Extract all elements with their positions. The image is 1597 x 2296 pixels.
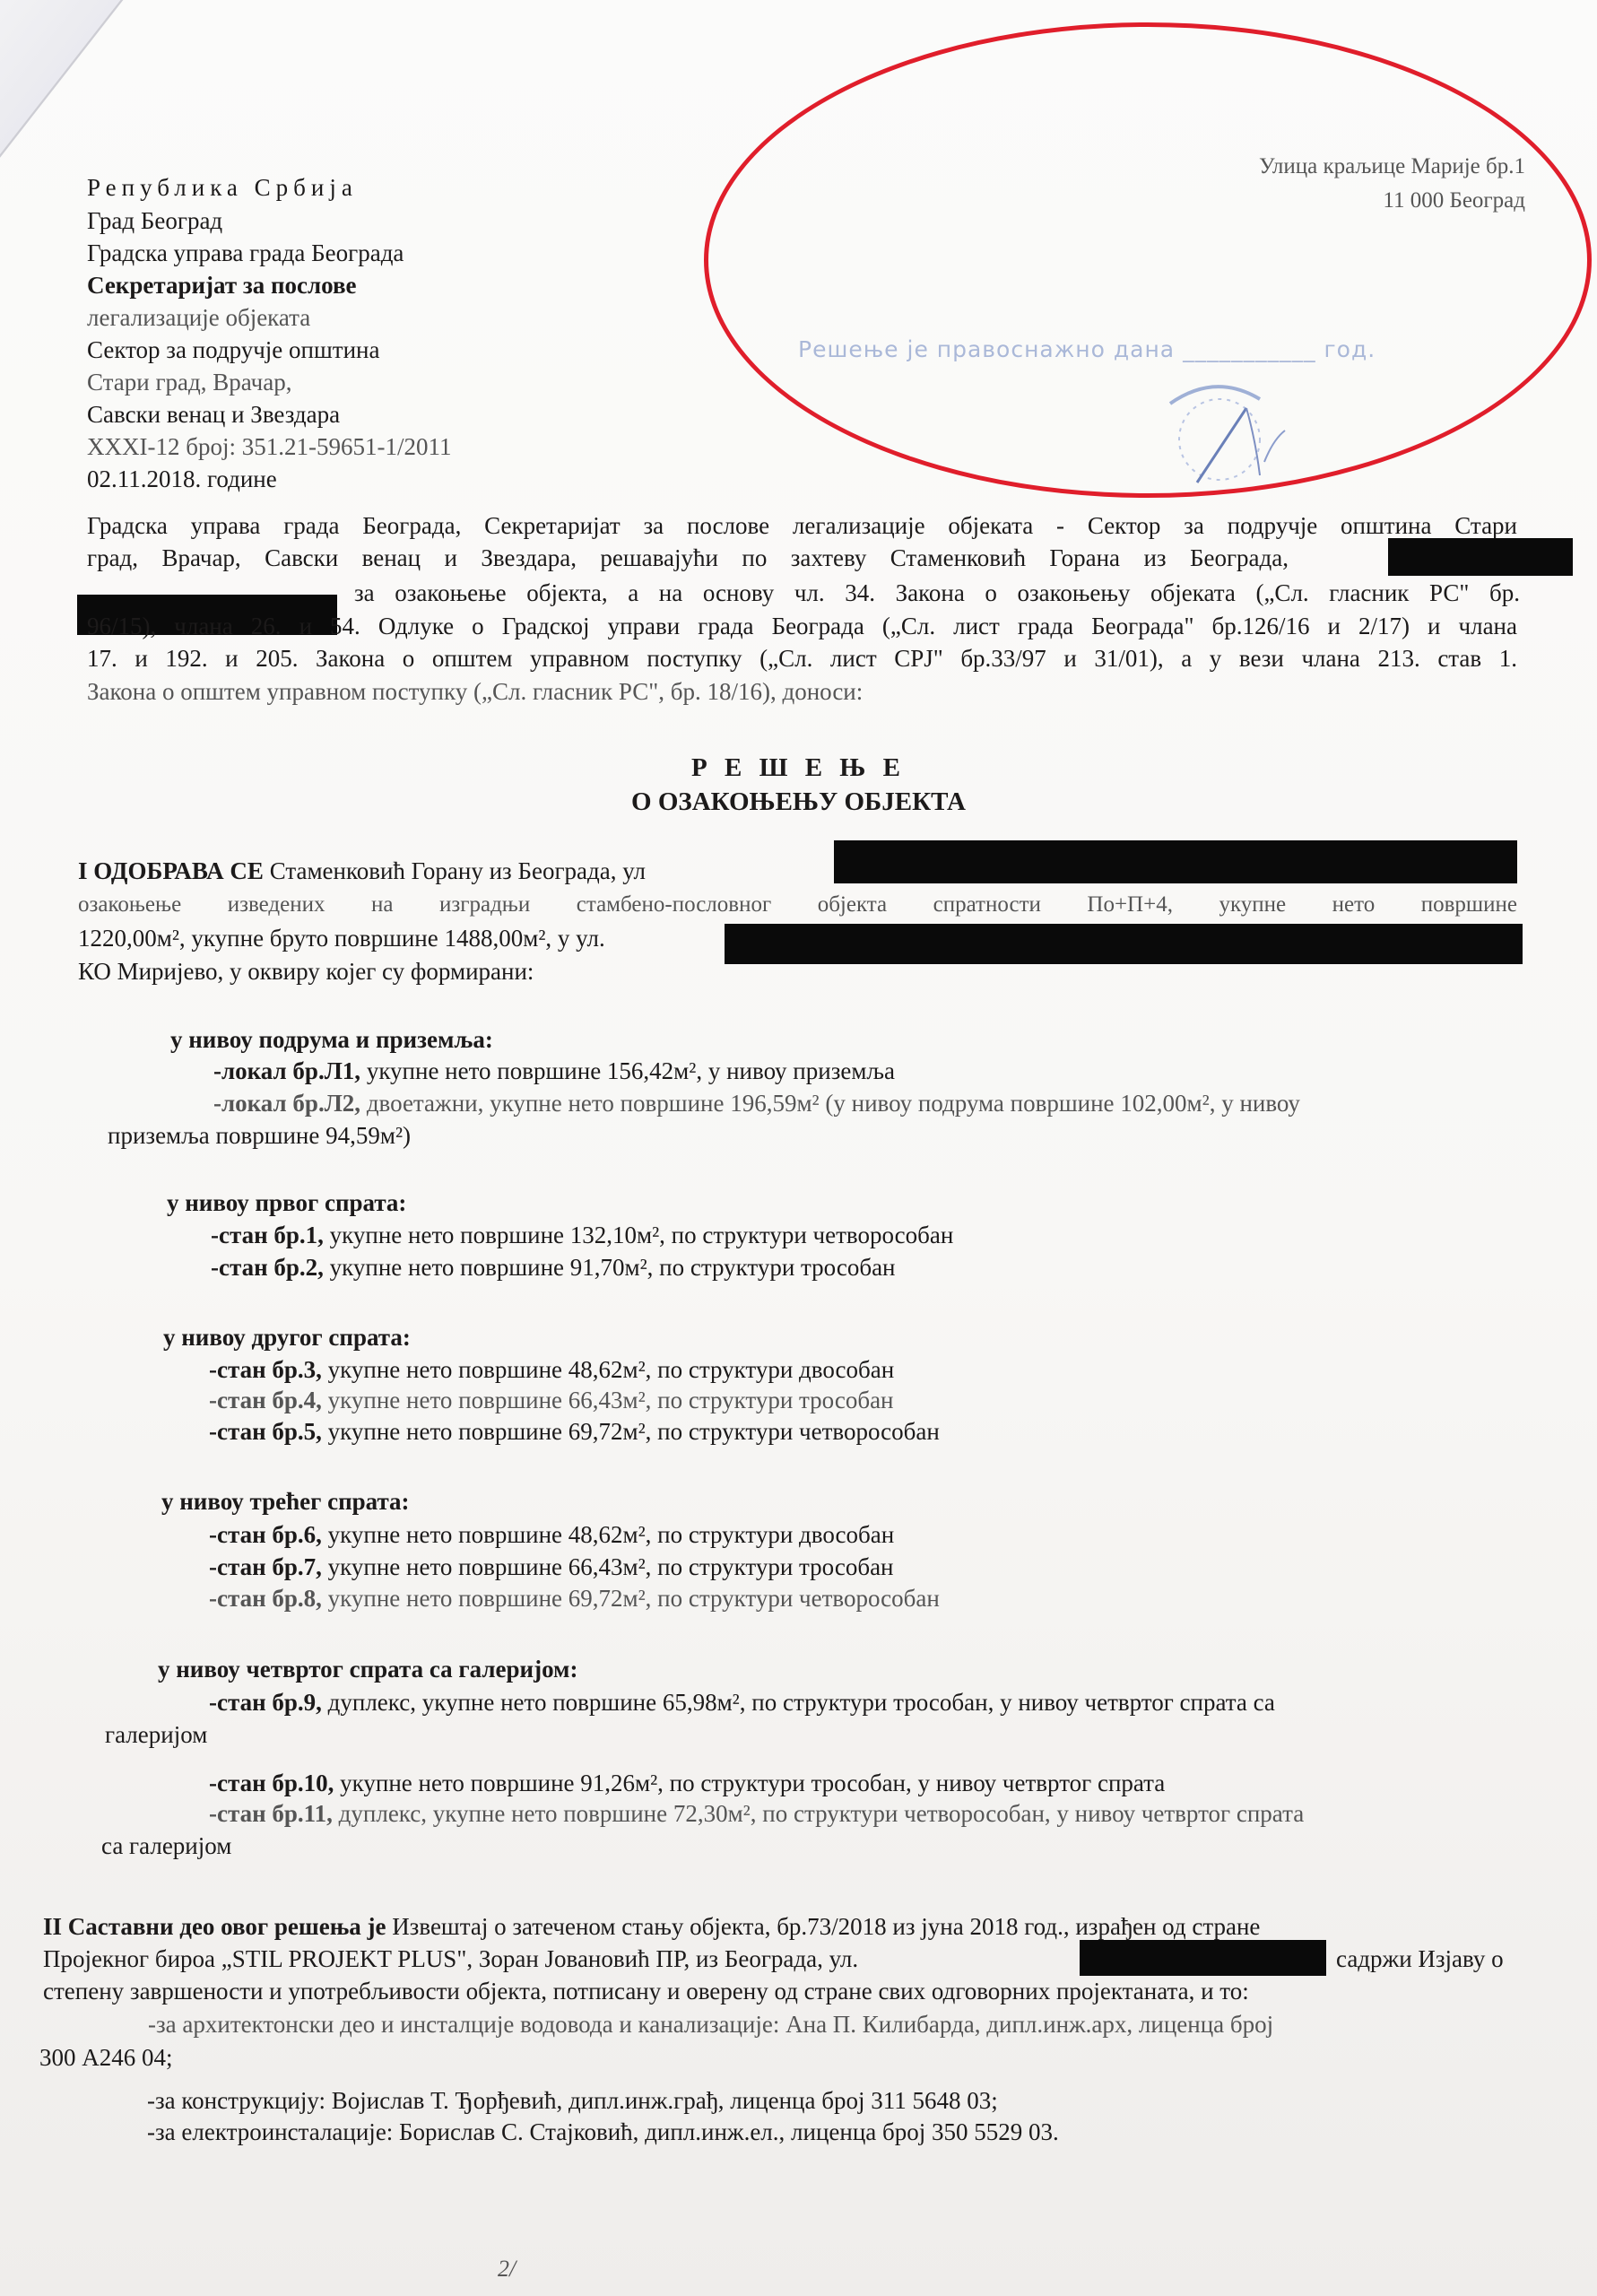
decision-subtitle: О ОЗАКОЊЕЊУ ОБЈЕКТА (0, 787, 1597, 817)
document-page: Република Србија Град Београд Градска уп… (0, 0, 1597, 2296)
unit-item: -стан бр.4, укупне нето површине 66,43м²… (209, 1386, 894, 1414)
unit-item: -локал бр.Л1, укупне нето површине 156,4… (213, 1057, 895, 1085)
page-mark: 2/ (498, 2256, 516, 2283)
unit-text: двоетажни, укупне нето површине 196,59м²… (360, 1090, 1300, 1117)
unit-label: -стан бр.4, (209, 1387, 322, 1413)
unit-label: -стан бр.3, (209, 1356, 322, 1383)
unit-item: -стан бр.7, укупне нето површине 66,43м²… (209, 1552, 894, 1581)
section-2-line-3: степену завршености и употребљивости обј… (43, 1977, 1249, 2005)
intro-line-5: 17. и 192. и 205. Закона о општем управн… (87, 644, 1517, 673)
designer-construction: -за конструкцију: Војислав Т. Ђорђевић, … (147, 2086, 998, 2115)
level-heading-second-floor: у нивоу другог спрата: (163, 1323, 411, 1352)
intro-line-6: Закона о општем управном поступку („Сл. … (87, 677, 863, 706)
header-line-secretariat: Секретаријат за послове (87, 271, 357, 300)
unit-label: -стан бр.10, (209, 1770, 334, 1796)
unit-item: -стан бр.6, укупне нето површине 48,62м²… (209, 1520, 894, 1549)
unit-item: -стан бр.10, укупне нето површине 91,26м… (209, 1769, 1165, 1797)
address-city: 11 000 Београд (1383, 188, 1525, 213)
unit-item: -стан бр.5, укупне нето површине 69,72м²… (209, 1417, 940, 1446)
redaction-box (725, 924, 1523, 964)
header-line-sector: Сектор за подручје општина (87, 335, 379, 364)
redaction-box (1388, 538, 1573, 576)
unit-label: -стан бр.7, (209, 1553, 322, 1580)
unit-item: -локал бр.Л2, двоетажни, укупне нето пов… (213, 1089, 1300, 1118)
finality-stamp-text: Решење је правоснажно дана ___________ г… (798, 336, 1376, 362)
section-1-lead-rest: Стаменковић Горану из Београда, ул (264, 857, 646, 884)
designer-electrical: -за електроинсталације: Борислав С. Стај… (147, 2118, 1059, 2146)
unit-text: укупне нето површине 132,10м², по структ… (324, 1222, 953, 1248)
section-2-line-1: II Саставни део овог решења је Извештај … (43, 1912, 1260, 1941)
section-2-line-2b: садржи Изјаву о (1336, 1944, 1504, 1973)
section-2-lead-rest: Извештај о затеченом стању објекта, бр.7… (386, 1913, 1260, 1940)
unit-label: -стан бр.8, (209, 1585, 322, 1612)
unit-text: укупне нето површине 66,43м², по структу… (322, 1553, 894, 1580)
official-seal-icon (1161, 377, 1287, 484)
section-1-line-4: КО Миријево, у оквиру којег су формирани… (78, 957, 534, 986)
unit-text: укупне нето површине 91,70м², по структу… (324, 1254, 896, 1281)
unit-item: -стан бр.1, укупне нето површине 132,10м… (211, 1221, 953, 1249)
unit-item: -стан бр.8, укупне нето површине 69,72м²… (209, 1584, 940, 1613)
unit-text: дуплекс, укупне нето површине 72,30м², п… (333, 1800, 1304, 1827)
unit-item-continuation: са галеријом (101, 1831, 231, 1860)
decision-title: Р Е Ш Е Њ Е (0, 753, 1597, 783)
header-line-municipalities-1: Стари град, Врачар, (87, 368, 292, 396)
section-1-line-2: озакоњење изведених на изградњи стамбено… (78, 891, 1517, 919)
section-1-lead-bold: I ОДОБРАВА СЕ (78, 857, 264, 884)
highlight-oval (704, 22, 1592, 498)
unit-text: укупне нето површине 91,26м², по структу… (334, 1770, 1165, 1796)
redaction-box (1080, 1940, 1326, 1976)
unit-item: -стан бр.11, дуплекс, укупне нето површи… (209, 1799, 1304, 1828)
unit-label: -стан бр.1, (211, 1222, 324, 1248)
section-1-lead: I ОДОБРАВА СЕ Стаменковић Горану из Беог… (78, 857, 646, 885)
document-date: 02.11.2018. године (87, 465, 277, 493)
level-heading-fourth-floor: у нивоу четвртог спрата са галеријом: (158, 1655, 577, 1683)
section-1-line-3: 1220,00м², укупне бруто површине 1488,00… (78, 924, 605, 952)
level-heading-basement: у нивоу подрума и приземља: (170, 1025, 493, 1054)
unit-item: -стан бр.9, дуплекс, укупне нето површин… (209, 1688, 1549, 1717)
redaction-box (834, 840, 1517, 883)
unit-label: -стан бр.11, (209, 1800, 333, 1827)
unit-label: -стан бр.2, (211, 1254, 324, 1281)
unit-label: -локал бр.Л1, (213, 1057, 360, 1084)
unit-label: -стан бр.6, (209, 1521, 322, 1548)
unit-text: укупне нето површине 48,62м², по структу… (322, 1356, 894, 1383)
unit-label: -стан бр.5, (209, 1418, 322, 1445)
unit-text: укупне нето површине 48,62м², по структу… (322, 1521, 894, 1548)
intro-line-1: Градска управа града Београда, Секретари… (87, 511, 1517, 540)
unit-text: укупне нето површине 156,42м², у нивоу п… (360, 1057, 895, 1084)
header-line-administration: Градска управа града Београда (87, 239, 404, 267)
unit-item: -стан бр.3, укупне нето површине 48,62м²… (209, 1355, 894, 1384)
header-line-municipalities-2: Савски венац и Звездара (87, 400, 340, 429)
unit-text: укупне нето површине 69,72м², по структу… (322, 1585, 940, 1612)
header-line-republic: Република Србија (87, 173, 358, 202)
intro-line-4: 96/15), члана 26. и 54. Одлуке о Градско… (87, 612, 1517, 640)
unit-item-continuation: приземља површине 94,59м²) (108, 1121, 411, 1150)
level-heading-third-floor: у нивоу трећег спрата: (161, 1487, 410, 1516)
intro-line-3: за озакоњење објекта, а на основу чл. 34… (354, 578, 1520, 607)
case-number: XXXI-12 број: 351.21-59651-1/2011 (87, 432, 451, 461)
designer-architecture-license: 300 А246 04; (39, 2043, 173, 2072)
intro-line-2: град, Врачар, Савски венац и Звездара, р… (87, 544, 1289, 572)
level-heading-first-floor: у нивоу првог спрата: (167, 1188, 406, 1217)
designer-architecture: -за архитектонски део и инсталције водов… (148, 2010, 1273, 2039)
unit-text: укупне нето површине 69,72м², по структу… (322, 1418, 940, 1445)
unit-text: дуплекс, укупне нето површине 65,98м², п… (322, 1689, 1275, 1716)
section-2-lead-bold: II Саставни део овог решења је (43, 1913, 386, 1940)
unit-item: -стан бр.2, укупне нето површине 91,70м²… (211, 1253, 896, 1282)
unit-text: укупне нето површине 66,43м², по структу… (322, 1387, 894, 1413)
unit-label: -стан бр.9, (209, 1689, 322, 1716)
section-2-line-2a: Пројекног бироа „STIL PROJEKT PLUS", Зор… (43, 1944, 858, 1973)
header-line-city: Град Београд (87, 206, 222, 235)
unit-label: -локал бр.Л2, (213, 1090, 360, 1117)
unit-item-continuation: галеријом (105, 1720, 207, 1749)
header-line-legalization: легализације објеката (87, 303, 310, 332)
address-street: Улица краљице Марије бр.1 (1259, 154, 1525, 179)
